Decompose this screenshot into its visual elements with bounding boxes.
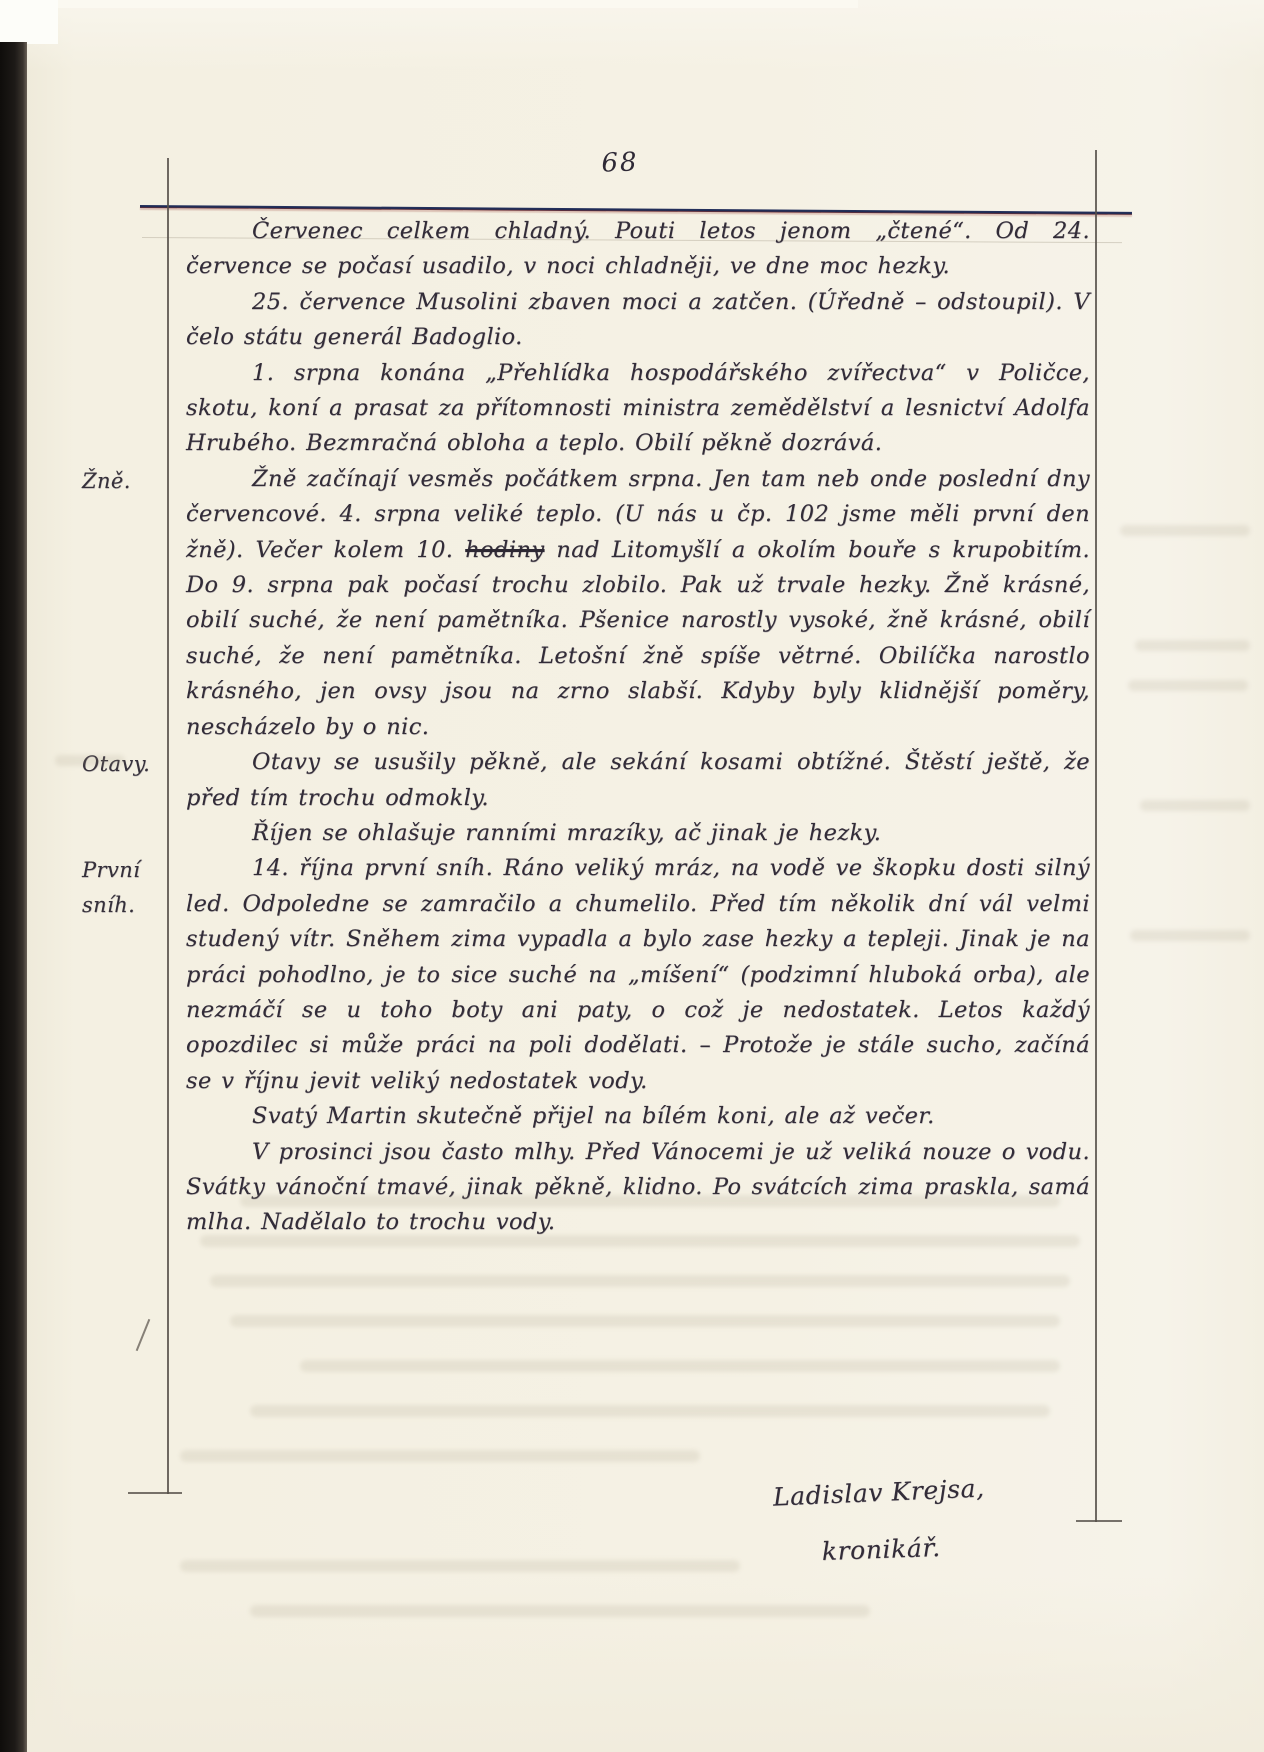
bleedthrough-smudge bbox=[1120, 525, 1250, 536]
margin-note-harvest: Žně. bbox=[82, 464, 170, 499]
paragraph-text: Svatý Martin skutečně přijel na bílém ko… bbox=[252, 1103, 935, 1129]
paragraph-livestock-show: 1. srpna konána „Přehlídka hospodářského… bbox=[186, 356, 1090, 462]
paragraph-text: nad Litomyšlí a okolím bouře s krupobití… bbox=[186, 537, 1090, 740]
paragraph-october: Říjen se ohlašuje ranními mrazíky, ač ji… bbox=[186, 816, 1090, 851]
paragraph-text: Otavy se usušily pěkně, ale sekání kosam… bbox=[186, 749, 1090, 810]
bleedthrough-smudge bbox=[55, 755, 125, 766]
paragraph-first-snow: První sníh. 14. října první sníh. Ráno v… bbox=[186, 851, 1090, 1099]
bleedthrough-smudge bbox=[210, 1275, 1070, 1287]
paragraph-text: Červenec celkem chladný. Pouti letos jen… bbox=[186, 218, 1090, 279]
bleedthrough-smudge bbox=[240, 1195, 1060, 1207]
bleedthrough-smudge bbox=[1135, 640, 1250, 651]
paragraph-text: Říjen se ohlašuje ranními mrazíky, ač ji… bbox=[252, 820, 881, 846]
bottom-left-tick bbox=[128, 1492, 182, 1494]
bleedthrough-smudge bbox=[180, 1450, 700, 1462]
bleedthrough-smudge bbox=[1140, 800, 1250, 811]
bleedthrough-smudge bbox=[300, 1360, 1060, 1372]
bleedthrough-smudge bbox=[250, 1405, 1050, 1417]
struck-word: hodiny bbox=[465, 537, 544, 563]
paragraph-text: V prosinci jsou často mlhy. Před Vánocem… bbox=[186, 1139, 1090, 1236]
paragraph-text: 1. srpna konána „Přehlídka hospodářského… bbox=[186, 360, 1090, 457]
right-margin-rule bbox=[1095, 150, 1097, 1522]
scan-corner-artifact bbox=[0, 0, 58, 44]
chronicler-signature: Ladislav Krejsa, kronikář. bbox=[738, 1472, 1021, 1570]
bleedthrough-smudge bbox=[1130, 930, 1250, 941]
left-margin-rule bbox=[167, 158, 169, 1494]
paragraph-text: 14. října první sníh. Ráno veliký mráz, … bbox=[186, 855, 1090, 1093]
paragraph-harvest: Žně. Žně začínají vesměs počátkem srpna.… bbox=[186, 462, 1090, 745]
bleedthrough-smudge bbox=[180, 1560, 740, 1572]
scan-left-edge-shadow bbox=[0, 42, 27, 1752]
paragraph-july-weather: Červenec celkem chladný. Pouti letos jen… bbox=[186, 214, 1090, 285]
handwritten-text-block: Červenec celkem chladný. Pouti letos jen… bbox=[186, 214, 1090, 1241]
bleedthrough-smudge bbox=[230, 1315, 1060, 1327]
paragraph-second-hay: Otavy. Otavy se usušily pěkně, ale sekán… bbox=[186, 745, 1090, 816]
scan-top-edge bbox=[58, 0, 858, 8]
bleedthrough-smudge bbox=[200, 1235, 1080, 1247]
paragraph-text: 25. července Musolini zbaven moci a zatč… bbox=[186, 289, 1090, 350]
page-number: 68 bbox=[560, 146, 681, 180]
paragraph-saint-martin: Svatý Martin skutečně přijel na bílém ko… bbox=[186, 1099, 1090, 1134]
paragraph-december: V prosinci jsou často mlhy. Před Vánocem… bbox=[186, 1135, 1090, 1241]
paragraph-mussolini: 25. července Musolini zbaven moci a zatč… bbox=[186, 285, 1090, 356]
bleedthrough-smudge bbox=[1128, 680, 1248, 691]
bleedthrough-smudge bbox=[250, 1605, 870, 1617]
margin-note-first-snow: První sníh. bbox=[82, 853, 170, 923]
bottom-right-tick bbox=[1076, 1520, 1122, 1522]
